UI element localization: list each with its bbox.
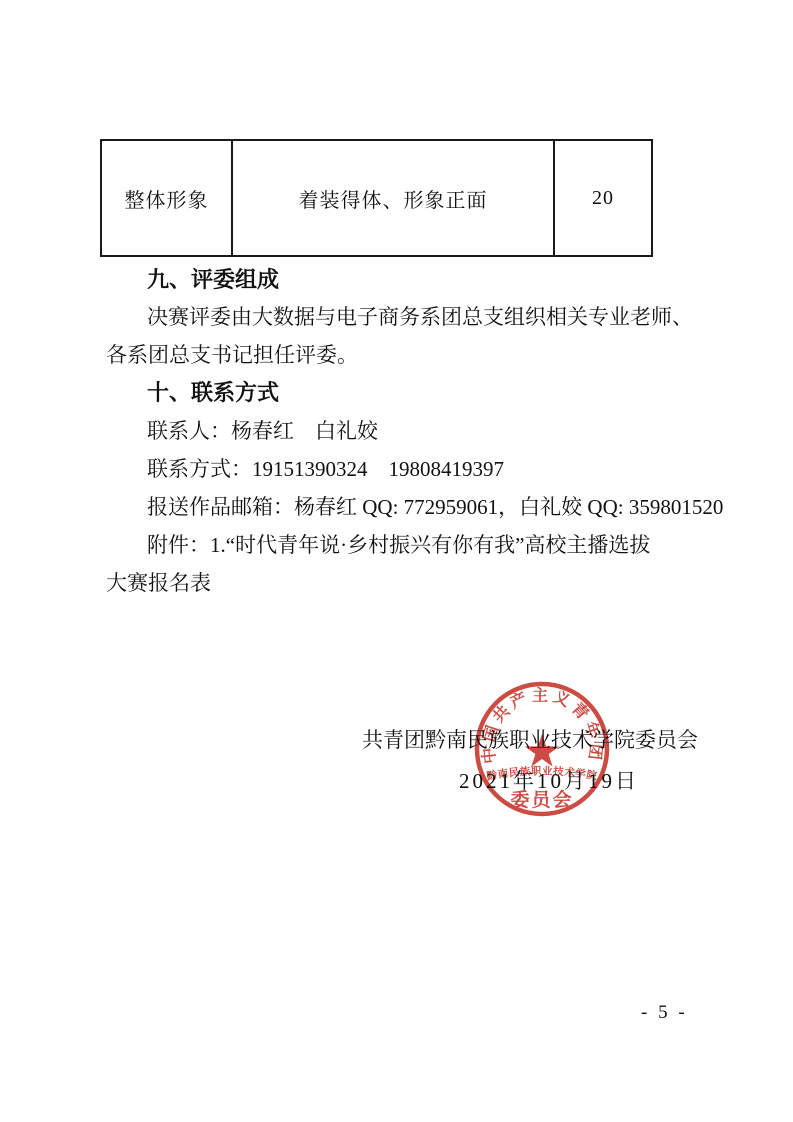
contact-person-line: 联系人：杨春红 白礼姣 [147,417,378,445]
page-number: - 5 - [641,1002,688,1024]
contact-phone-line: 联系方式：19151390324 19808419397 [147,455,504,483]
section-heading-contact: 十、联系方式 [147,379,279,407]
attachment-line-2: 大赛报名表 [106,569,211,597]
signature-date: 2021年10月19日 [459,767,639,795]
attachment-line-1: 附件：1.“时代青年说·乡村振兴有你有我”高校主播选拔 [147,531,650,559]
contact-email-line: 报送作品邮箱：杨春红 QQ: 772959061，白礼姣 QQ: 3598015… [147,493,723,521]
document-page: 整体形象 着装得体、形象正面 20 九、评委组成 决赛评委由大数据与电子商务系团… [0,0,793,1122]
jury-body-line-1: 决赛评委由大数据与电子商务系团总支组织相关专业老师、 [147,303,693,331]
table-cell-description: 着装得体、形象正面 [231,141,555,255]
score-table: 整体形象 着装得体、形象正面 20 [100,139,653,257]
section-heading-jury: 九、评委组成 [147,266,279,294]
signature-organization: 共青团黔南民族职业技术学院委员会 [362,726,698,754]
jury-body-line-2: 各系团总支书记担任评委。 [106,341,358,369]
table-cell-score: 20 [555,141,651,255]
table-cell-criterion: 整体形象 [102,141,231,255]
